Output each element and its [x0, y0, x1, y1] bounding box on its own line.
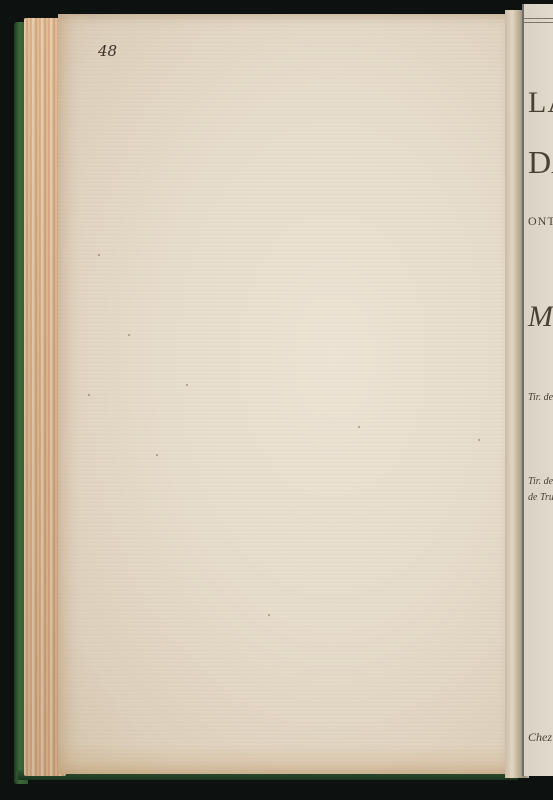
foxing-speck: [478, 439, 480, 441]
foxing-speck: [268, 614, 270, 616]
foxing-speck: [88, 394, 90, 396]
title-fragment: LA: [528, 86, 553, 120]
facing-title-page: LA DA ONTI M Tir. de Tir. de de Truit Ch…: [522, 4, 553, 776]
title-fragment: de Truit: [528, 492, 553, 503]
title-fragment: DA: [528, 144, 553, 181]
foxing-speck: [128, 334, 130, 336]
foxing-speck: [98, 254, 100, 256]
title-fragment: Tir. de: [528, 476, 553, 487]
border-rule: [524, 22, 553, 23]
foxing-speck: [156, 454, 158, 456]
title-fragment: M: [528, 300, 553, 334]
imprint-fragment: Chez: [528, 730, 552, 745]
foxing-speck: [186, 384, 188, 386]
foxing-speck: [358, 426, 360, 428]
blank-left-page: 48: [58, 14, 516, 774]
handwritten-page-number: 48: [98, 42, 117, 60]
border-rule: [524, 18, 553, 19]
title-fragment: ONTI: [528, 214, 553, 229]
title-fragment: Tir. de: [528, 392, 553, 403]
book-photo: 48 LA DA ONTI M Tir. de Tir. de de Truit…: [0, 0, 553, 800]
